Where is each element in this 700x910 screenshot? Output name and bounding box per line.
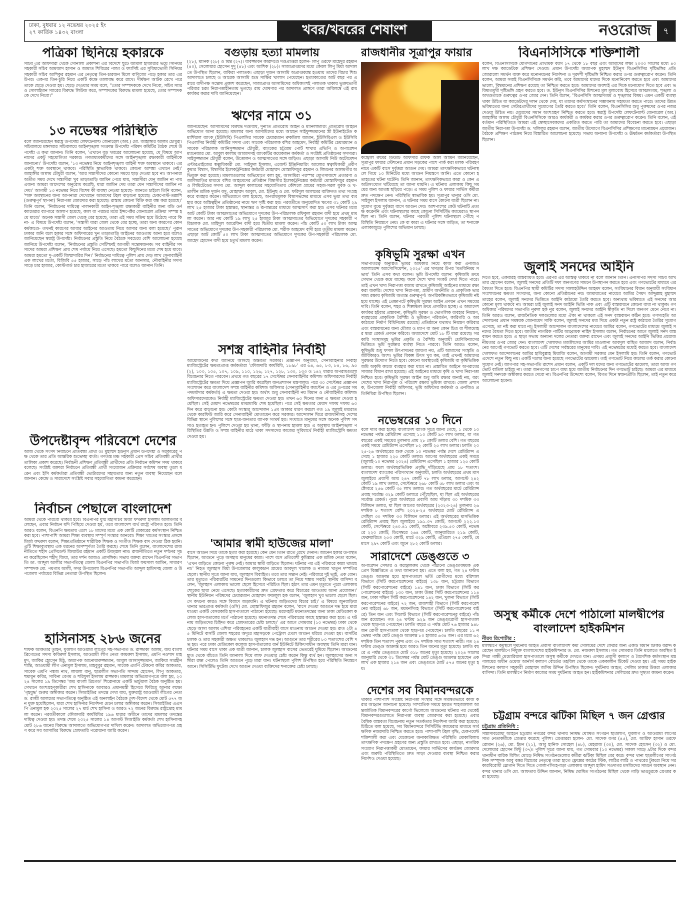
headline: 'আমার স্বামী হাউজের মালা' [187,537,357,551]
article-body: সভাপতিত্বে অনুষ্ঠিত ভূমির অধিকার নিয়ে ক… [361,262,479,412]
headline: চট্টগ্রাম বন্দরে ঝটিকা মিছিল ৭ জন গ্রেপ্… [482,710,676,724]
date-line-1: ঢাকা, বুধবার ১২ নভেম্বর ২০২৫ ইং [29,23,273,30]
right-column: বিএনসিসিকে শক্তিশালী বলেন, বিএনসিসিকে যো… [482,46,676,812]
article-body: মালদ্বীপে কর্মস্থলে দুর্ঘটনায় আহত প্রবা… [482,644,676,708]
headline: পত্রিকা ছিনিয়ে হকারকে [24,46,182,62]
dateline: ঢাকা, বুধবার ১২ নভেম্বর ২০২৫ ইং ২৭ কার্ত… [25,21,277,41]
article-body: আজ থেকে সংসদ নির্বাচনে প্রতিবন্ধী প্রার্… [24,450,182,500]
headline: সারাদেশে ডেঙ্গুতে ৩ [361,550,479,564]
headline-line1: অসুস্থ কর্মীকে দেশে পাঠালো মালদ্বীপের [482,608,676,622]
byline: নীরব রিপোর্টার : [482,636,676,644]
headline: হাসিনাসহ ২৮৬ জনের [24,632,182,648]
headline: রাজধানীর সূত্রাপুর ফায়ার [361,46,479,60]
article-body: অপারেশন সেন্টার ও কন্ট্রোলরুম থেকে পাঠান… [361,564,479,682]
article-body: শফিক আকতার তুহিন, যুবলীগ আওয়ামী লীগের স… [24,648,182,836]
article-body: কন্ট্রোল রুমের ডিউটি অফিসার রফিক আল আমিন… [361,156,479,246]
date-line-2: ২৭ কার্তিক ১৪৩২ বাংলা [29,30,273,37]
article-body: বাসে আগুন দিয়ে তাকে হত্যা করা হয়েছে। ক… [187,551,357,871]
headline: কৃষিভূমি সুরক্ষা এখন [361,248,479,262]
center-right-column: রাজধানীর সূত্রাপুর ফায়ার কন্ট্রোল রুমের… [361,46,479,778]
headline: সশস্ত্র বাহিনীর নির্বাহী [187,343,357,359]
headline: নির্বাচন পেছালে বাংলাদেশ [24,502,182,518]
left-column: পত্রিকা ছিনিয়ে হকারকে সচিব এর অফিসারা থ… [24,46,182,836]
headline-line2: বাংলাদেশ হাইকমিশন [482,622,676,636]
masthead: ঢাকা, বুধবার ১২ নভেম্বর ২০২৫ ইং ২৭ কার্ত… [24,20,676,42]
page-number: ৭ [657,21,675,41]
article-body: থাকার পাশাপাশি সংশ্লিষ্ট নিরাপত্তা সংস্থ… [361,698,479,778]
article-body: দিতে হবে, একবারই বাস্তবায়িত হবে। এরপর এ… [482,276,676,606]
headline: জুলাই সনদের আইনি [482,260,676,276]
bottom-rule [24,860,676,862]
byline: চট্টগ্রাম প্রতিনিধি : [482,724,676,732]
headline: নভেম্বরের ১০ দিনে [361,414,479,428]
article-body: সন্ত্রাসবিরোধী আইনে চট্টগ্রাম নগরের বন্দ… [482,732,676,812]
article-body: বলে দাবি করা হচ্ছে। বাংলাদেশ ব্যাংক সূত্… [361,428,479,548]
headline: ঋণের নামে ৩১ [187,109,357,125]
bus-fire-photo [361,62,479,154]
headline: বগুড়ায় হত্যা মামলায় [187,46,357,60]
article-body: আমরা থেকে পারবো থাকবে হবে। বিএনপির যুগ্ম… [24,518,182,630]
article-body: আয়োজনের কথা জানিয়ে আসছে অন্তর্বর্তী সর… [187,359,357,535]
middle-column: বগুড়ায় হত্যা মামলায় (২৮), মানিক (২৮) … [187,46,357,871]
newspaper-logo: নওরোজ [599,19,657,44]
headline: ১৩ নভেম্বর পরিস্থিতি [24,124,182,140]
article-body: সচিব এর অফিসারা থেকে সোনালী প্রকাশনা এর … [24,62,182,122]
section-title: খবর/খবরের শেষাংশ [277,21,432,41]
article-body: বলেন, বিএনসিসিকে যোগদানের প্রাথমিক বয়স … [482,62,676,258]
headline: উপদেষ্টাবৃন্দ পরিবেশে দেশের [24,434,182,450]
article-body: জানিয়েছেন: আসামিদের বিরুদ্ধে দণ্ডবিধি, … [187,125,357,341]
article-body: বলে জানিয়েছেন স্বরাষ্ট্র উপদেষ্টা লেফটে… [24,140,182,432]
newspaper-page: ঢাকা, বুধবার ১২ নভেম্বর ২০২৫ ইং ২৭ কার্ত… [24,20,676,890]
headline: দেশের সব বিমানবন্দরকে [361,684,479,698]
logo-text: নওরোজ [599,21,651,39]
headline: বিএনসিসিকে শক্তিশালী [482,46,676,62]
article-body: (২৮), মানিক (২৮) ও মিন্ত (২৭)। যাবজ্জীবন… [187,60,357,108]
